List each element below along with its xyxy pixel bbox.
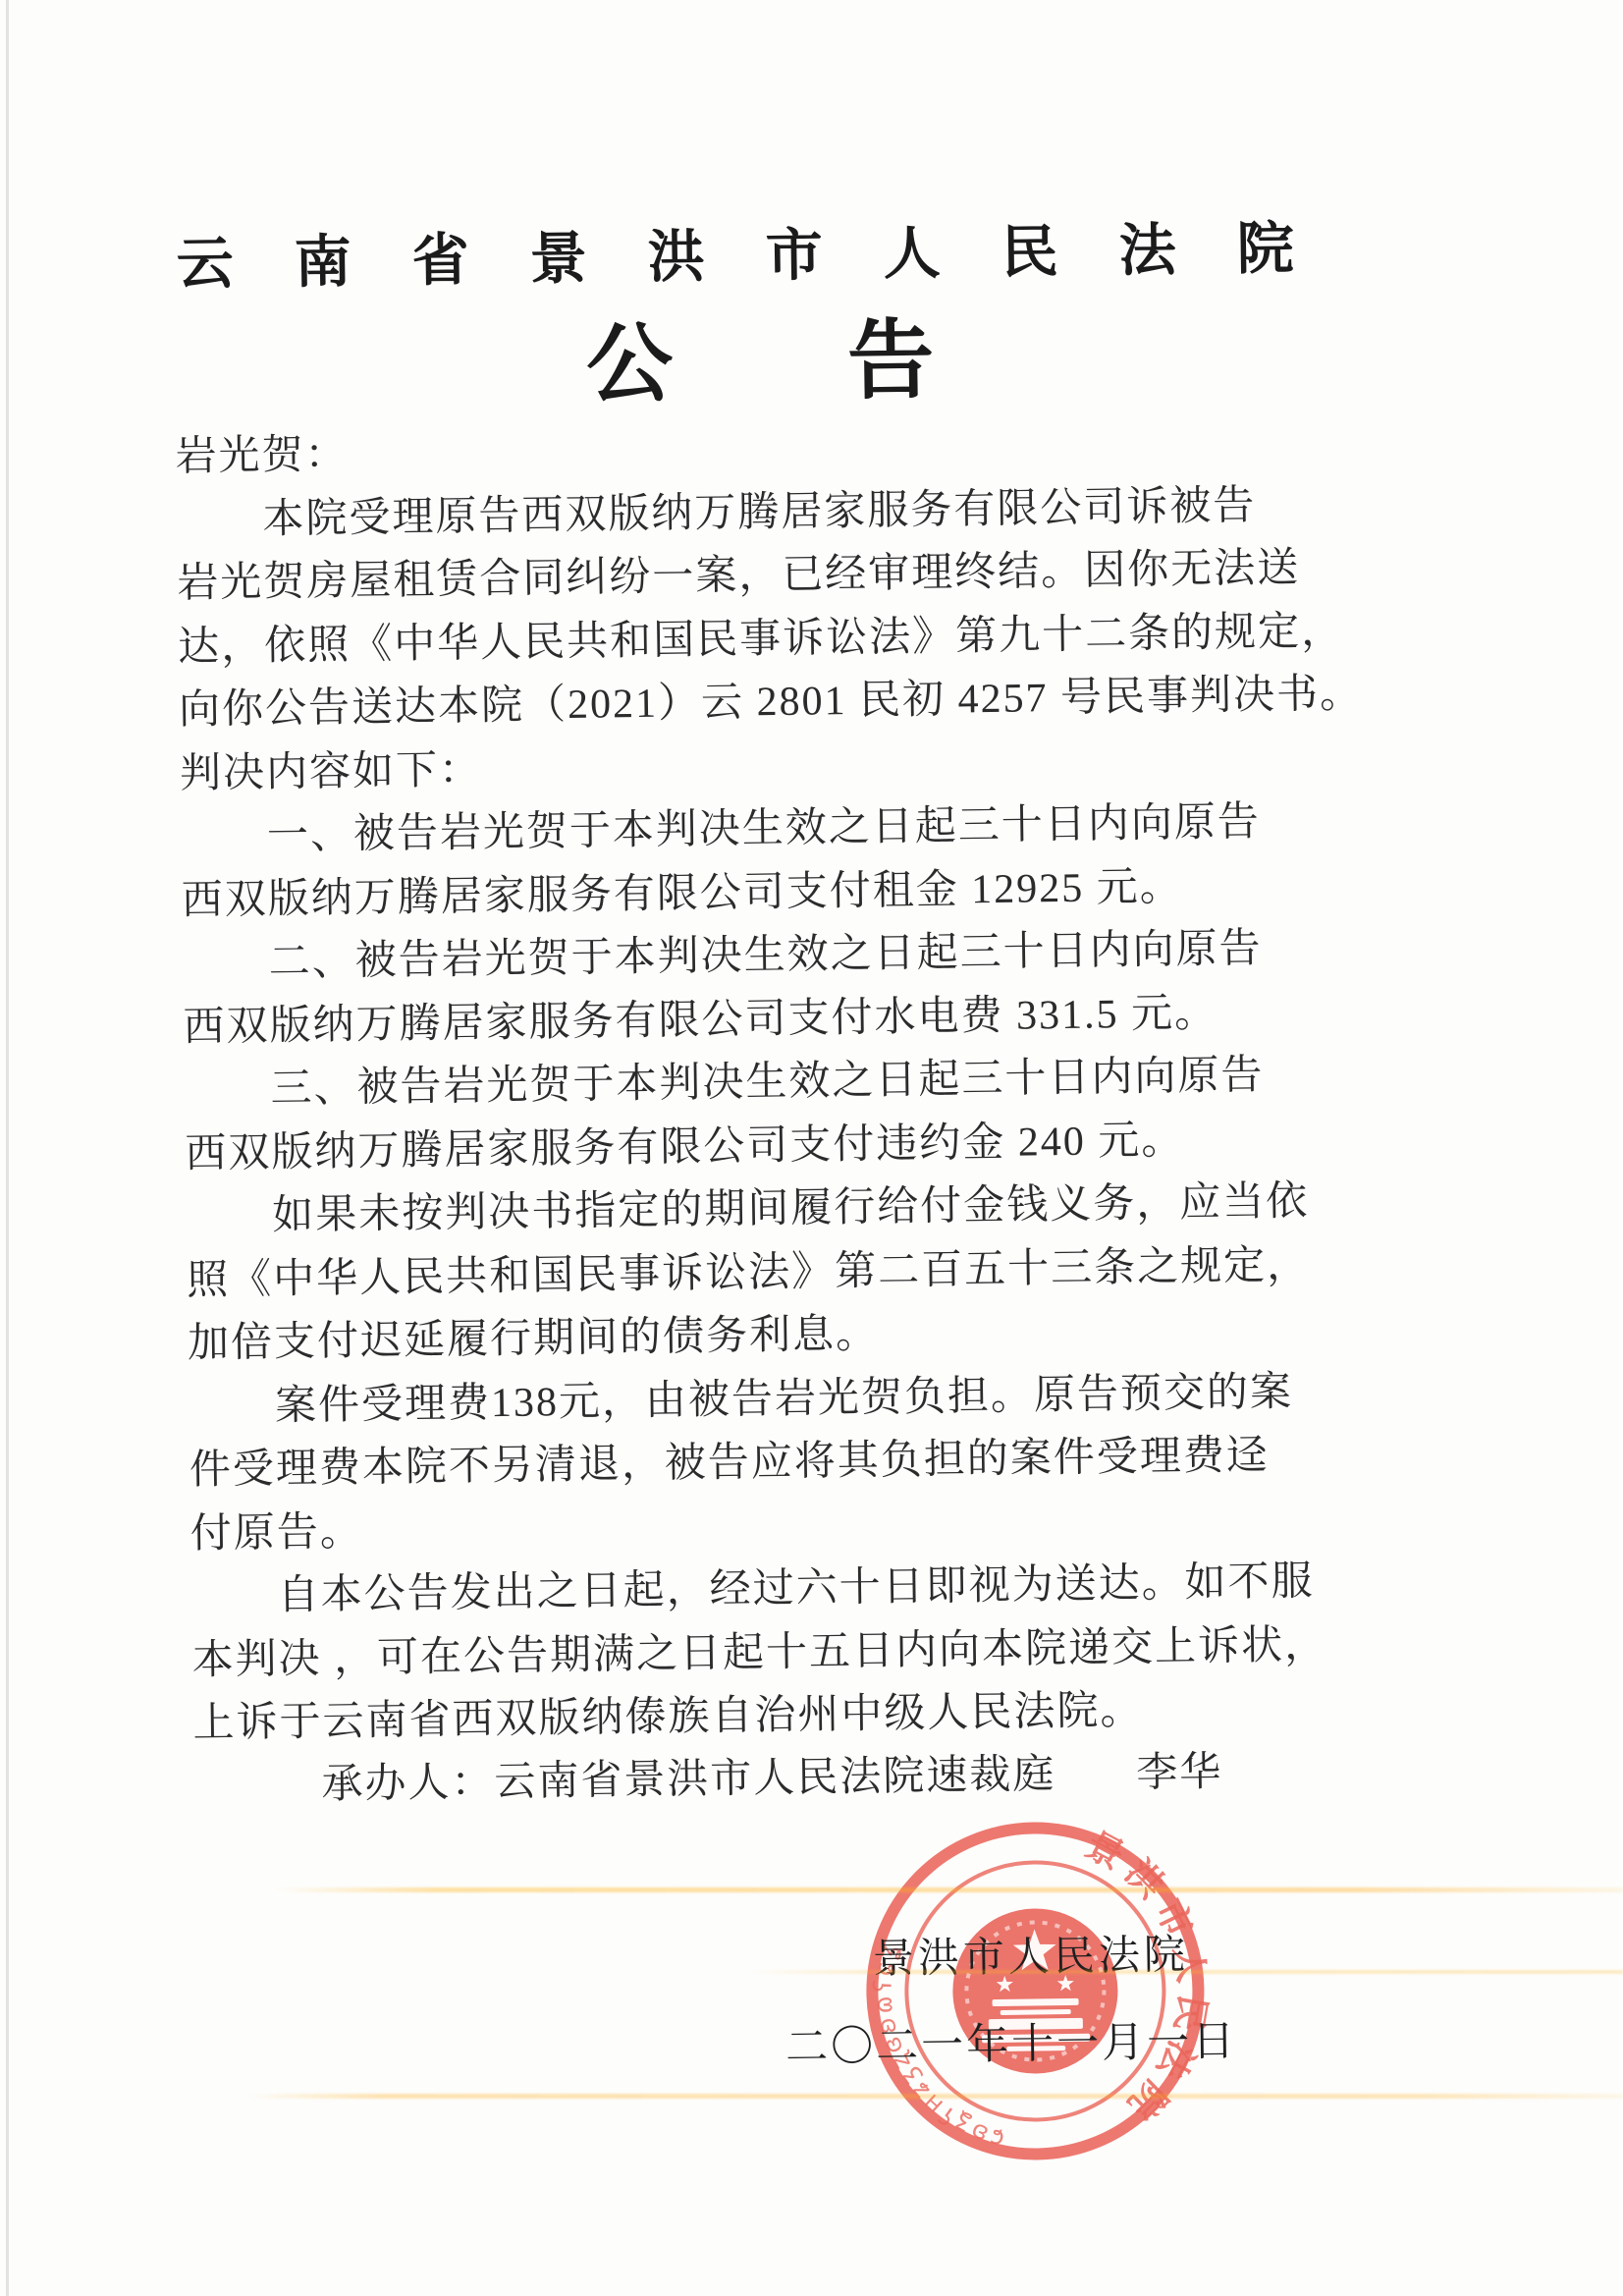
court-announcement-page: 云南省景洪市人民法院 公告 岩光贺： 本院受理原告西双版纳万腾居家服务有限公司诉…	[0, 0, 1623, 2296]
handler-label: 承办人：云南省景洪市人民法院速裁庭	[321, 1752, 1056, 1807]
court-seal: 景洪市人民法院 ɕʚʓʕʜʑʒʐɞʚɷʕɕʓ	[856, 1812, 1215, 2170]
signature-date: 二〇二一年十一月一日	[785, 2008, 1238, 2074]
signature-court-name: 景洪市人民法院	[872, 1922, 1189, 1985]
doc-type-title: 公告	[585, 289, 1109, 419]
handler-name: 李华	[1136, 1750, 1223, 1796]
court-seal-graphic: 景洪市人民法院 ɕʚʓʕʜʑʒʐɞʚɷʕɕʓ	[856, 1812, 1215, 2170]
announcement-body: 岩光贺： 本院受理原告西双版纳万腾居家服务有限公司诉被告 岩光贺房屋租赁合同纠纷…	[175, 408, 1470, 1756]
handler-gap	[1056, 1786, 1137, 1787]
document-content: 云南省景洪市人民法院 公告 岩光贺： 本院受理原告西双版纳万腾居家服务有限公司诉…	[0, 0, 1623, 2296]
court-title: 云南省景洪市人民法院	[176, 201, 1355, 301]
